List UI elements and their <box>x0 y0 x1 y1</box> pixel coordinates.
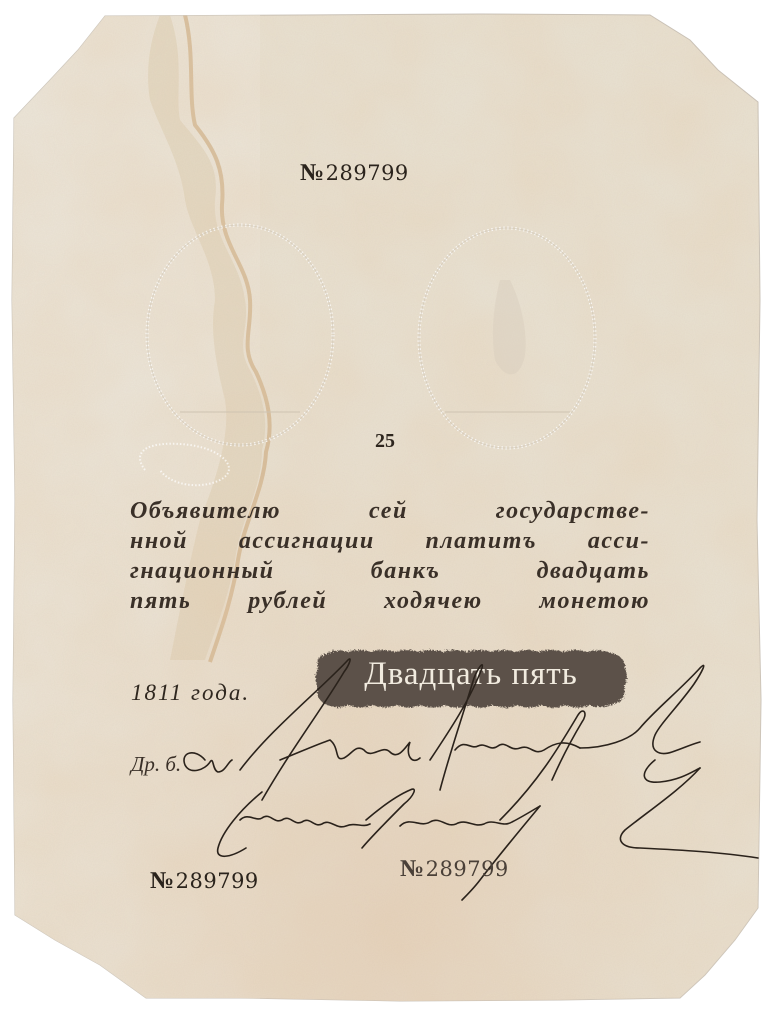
body-word: Объявителю <box>130 496 281 526</box>
number-sign: № <box>400 856 425 882</box>
body-word: монетою <box>540 586 650 616</box>
body-line-2: нной ассигнации платитъ асси- <box>130 526 650 556</box>
body-word: нной <box>130 526 188 556</box>
body-word: гнационный <box>130 556 275 586</box>
serial-number-top: №289799 <box>300 160 409 187</box>
serial-digits: 289799 <box>426 857 509 881</box>
stamp-text: Двадцать пять <box>313 656 629 693</box>
issue-year: 1811 года. <box>131 680 250 706</box>
body-word: платитъ <box>426 526 538 556</box>
body-word: рублей <box>248 586 327 616</box>
body-word: асси- <box>588 526 650 556</box>
serial-number-bottom-left: №289799 <box>150 868 259 895</box>
body-word: сей <box>369 496 408 526</box>
body-line-3: гнационный банкъ двадцать <box>130 556 650 586</box>
number-sign: № <box>150 868 175 894</box>
body-word: ассигнации <box>239 526 375 556</box>
banknote-photo: №289799 25 Объявителю сей государстве- н… <box>0 0 773 1024</box>
denomination-stamp: Двадцать пять <box>313 648 629 710</box>
denomination-numeral: 25 <box>375 430 395 453</box>
serial-number-bottom-right: №289799 <box>400 856 509 883</box>
note-body-text: Объявителю сей государстве- нной ассигна… <box>130 496 650 616</box>
body-word: государстве- <box>496 496 650 526</box>
body-line-1: Объявителю сей государстве- <box>130 496 650 526</box>
body-word: ходячею <box>384 586 483 616</box>
bank-reference: Др. б. <box>131 752 181 777</box>
body-line-4: пять рублей ходячею монетою <box>130 586 650 616</box>
number-sign: № <box>300 160 325 186</box>
body-word: двадцать <box>537 556 650 586</box>
body-word: банкъ <box>371 556 441 586</box>
body-word: пять <box>130 586 191 616</box>
serial-digits: 289799 <box>176 869 259 893</box>
serial-digits: 289799 <box>326 161 409 185</box>
